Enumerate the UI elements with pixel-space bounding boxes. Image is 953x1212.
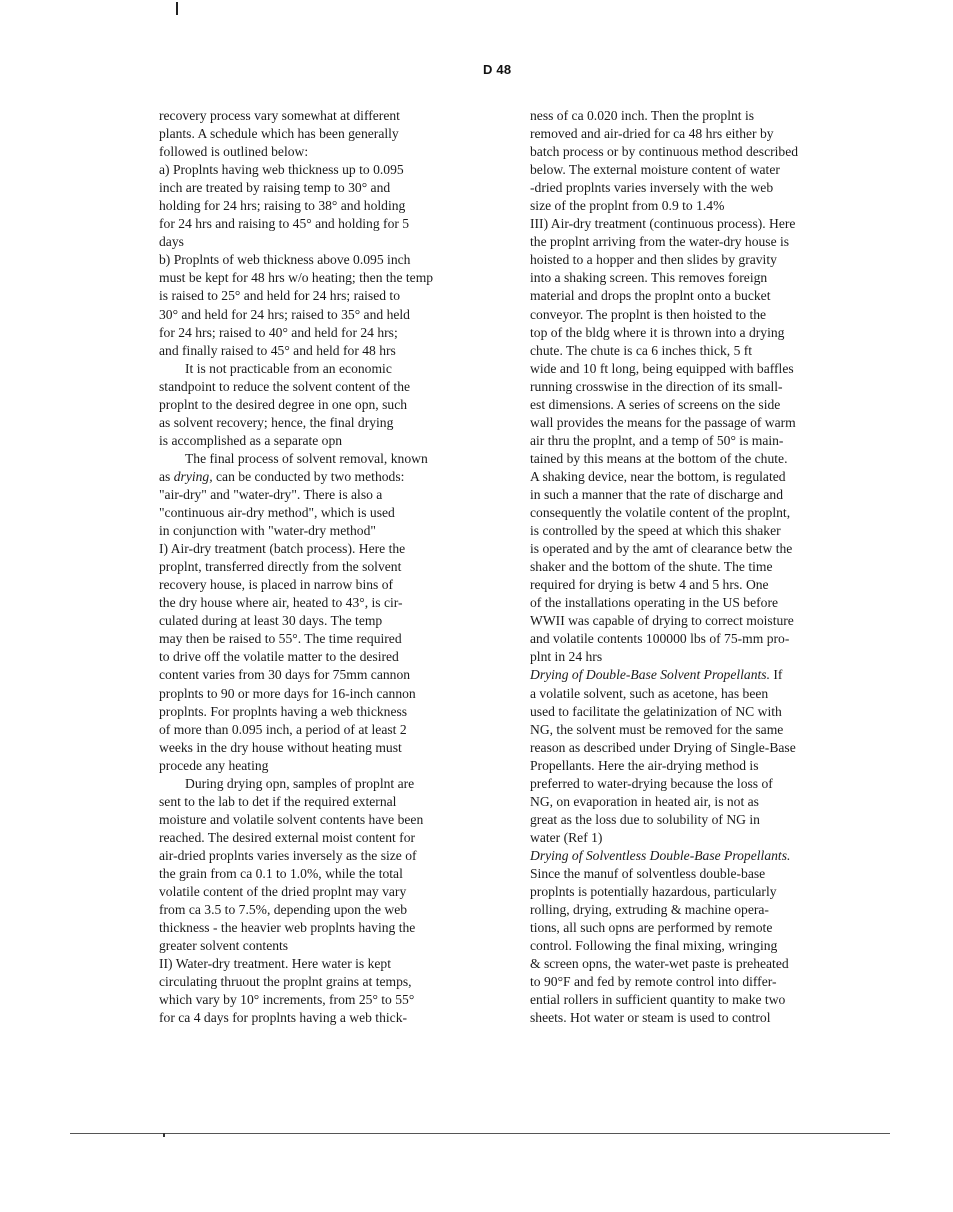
text-line: greater solvent contents <box>159 937 491 955</box>
text-line: conveyor. The proplnt is then hoisted to… <box>530 306 860 324</box>
text-line: weeks in the dry house without heating m… <box>159 739 491 757</box>
text-line: and volatile contents 100000 lbs of 75-m… <box>530 630 860 648</box>
section-heading: Drying of Solventless Double-Base Propel… <box>530 848 790 863</box>
text-line: Propellants. Here the air-drying method … <box>530 757 860 775</box>
text-line: During drying opn, samples of proplnt ar… <box>159 775 491 793</box>
line-text-tail: If <box>770 667 782 682</box>
text-line: the dry house where air, heated to 43°, … <box>159 594 491 612</box>
line-text: is accomplished as a separate opn <box>159 433 342 448</box>
text-line: A shaking device, near the bottom, is re… <box>530 468 860 486</box>
text-line: inch are treated by raising temp to 30° … <box>159 179 491 197</box>
text-line: proplnts is potentially hazardous, parti… <box>530 883 860 901</box>
text-line: as solvent recovery; hence, the final dr… <box>159 414 491 432</box>
text-line: used to facilitate the gelatinization of… <box>530 703 860 721</box>
line-text: proplnts is potentially hazardous, parti… <box>530 884 777 899</box>
line-text: inch are treated by raising temp to 30° … <box>159 180 390 195</box>
line-text: sheets. Hot water or steam is used to co… <box>530 1010 770 1025</box>
scan-corner-mark <box>176 2 178 15</box>
text-line: -dried proplnts varies inversely with th… <box>530 179 860 197</box>
line-text: to drive off the volatile matter to the … <box>159 649 399 664</box>
text-line: 30° and held for 24 hrs; raised to 35° a… <box>159 306 491 324</box>
text-line: may then be raised to 55°. The time requ… <box>159 630 491 648</box>
line-text: plnt in 24 hrs <box>530 649 602 664</box>
text-line: in such a manner that the rate of discha… <box>530 486 860 504</box>
line-text: wide and 10 ft long, being equipped with… <box>530 361 794 376</box>
line-text: II) Water-dry treatment. Here water is k… <box>159 956 391 971</box>
line-text: greater solvent contents <box>159 938 288 953</box>
line-text: of more than 0.095 inch, a period of at … <box>159 722 407 737</box>
line-text: preferred to water-drying because the lo… <box>530 776 773 791</box>
line-text: wall provides the means for the passage … <box>530 415 796 430</box>
left-text-column: recovery process vary somewhat at differ… <box>159 107 491 1027</box>
text-line: recovery house, is placed in narrow bins… <box>159 576 491 594</box>
text-line: II) Water-dry treatment. Here water is k… <box>159 955 491 973</box>
text-line: top of the bldg where it is thrown into … <box>530 324 860 342</box>
text-line: below. The external moisture content of … <box>530 161 860 179</box>
text-line: procede any heating <box>159 757 491 775</box>
line-text: content varies from 30 days for 75mm can… <box>159 667 410 682</box>
line-text: The final process of solvent removal, kn… <box>185 451 428 466</box>
line-text: water (Ref 1) <box>530 830 602 845</box>
text-line: holding for 24 hrs; raising to 38° and h… <box>159 197 491 215</box>
text-line: est dimensions. A series of screens on t… <box>530 396 860 414</box>
line-text: required for drying is betw 4 and 5 hrs.… <box>530 577 769 592</box>
section-heading: Drying of Double-Base Solvent Propellant… <box>530 667 770 682</box>
text-line: plants. A schedule which has been genera… <box>159 125 491 143</box>
text-line: to drive off the volatile matter to the … <box>159 648 491 666</box>
line-text: is controlled by the speed at which this… <box>530 523 781 538</box>
line-text: for 24 hrs and raising to 45° and holdin… <box>159 216 409 231</box>
line-text: the grain from ca 0.1 to 1.0%, while the… <box>159 866 403 881</box>
text-line: "continuous air-dry method", which is us… <box>159 504 491 522</box>
text-line: wide and 10 ft long, being equipped with… <box>530 360 860 378</box>
line-text: conveyor. The proplnt is then hoisted to… <box>530 307 766 322</box>
line-text: WWII was capable of drying to correct mo… <box>530 613 794 628</box>
line-text: reason as described under Drying of Sing… <box>530 740 796 755</box>
line-text: I) Air-dry treatment (batch process). He… <box>159 541 405 556</box>
text-line: a) Proplnts having web thickness up to 0… <box>159 161 491 179</box>
text-line: proplnts. For proplnts having a web thic… <box>159 703 491 721</box>
line-text: Propellants. Here the air-drying method … <box>530 758 759 773</box>
line-text: batch process or by continuous method de… <box>530 144 798 159</box>
text-line: & screen opns, the water-wet paste is pr… <box>530 955 860 973</box>
line-text: culated during at least 30 days. The tem… <box>159 613 382 628</box>
emphasized-term: drying, <box>174 469 213 484</box>
line-text: sent to the lab to det if the required e… <box>159 794 396 809</box>
text-line: as drying, can be conducted by two metho… <box>159 468 491 486</box>
text-line: culated during at least 30 days. The tem… <box>159 612 491 630</box>
line-text: -dried proplnts varies inversely with th… <box>530 180 773 195</box>
line-text: running crosswise in the direction of it… <box>530 379 783 394</box>
text-line: for 24 hrs; raised to 40° and held for 2… <box>159 324 491 342</box>
line-text: which vary by 10° increments, from 25° t… <box>159 992 414 1007</box>
text-line: thickness - the heavier web proplnts hav… <box>159 919 491 937</box>
right-text-column: ness of ca 0.020 inch. Then the proplnt … <box>530 107 860 1027</box>
line-text: NG, the solvent must be removed for the … <box>530 722 783 737</box>
text-line: tained by this means at the bottom of th… <box>530 450 860 468</box>
text-line: shaker and the bottom of the shute. The … <box>530 558 860 576</box>
line-text: reached. The desired external moist cont… <box>159 830 415 845</box>
line-text: volatile content of the dried proplnt ma… <box>159 884 406 899</box>
text-line: air-dried proplnts varies inversely as t… <box>159 847 491 865</box>
line-text: and finally raised to 45° and held for 4… <box>159 343 396 358</box>
text-line: air thru the proplnt, and a temp of 50° … <box>530 432 860 450</box>
text-line: sheets. Hot water or steam is used to co… <box>530 1009 860 1027</box>
text-line: ential rollers in sufficient quantity to… <box>530 991 860 1009</box>
line-text: ness of ca 0.020 inch. Then the proplnt … <box>530 108 754 123</box>
line-text: "air-dry" and "water-dry". There is also… <box>159 487 382 502</box>
line-text: air-dried proplnts varies inversely as t… <box>159 848 417 863</box>
text-line: into a shaking screen. This removes fore… <box>530 269 860 287</box>
line-text: A shaking device, near the bottom, is re… <box>530 469 786 484</box>
text-line: is accomplished as a separate opn <box>159 432 491 450</box>
text-line: volatile content of the dried proplnt ma… <box>159 883 491 901</box>
line-text: top of the bldg where it is thrown into … <box>530 325 784 340</box>
text-line: "air-dry" and "water-dry". There is also… <box>159 486 491 504</box>
line-text: recovery process vary somewhat at differ… <box>159 108 400 123</box>
line-text: circulating thruout the proplnt grains a… <box>159 974 412 989</box>
text-line: NG, on evaporation in heated air, is not… <box>530 793 860 811</box>
line-text: for ca 4 days for proplnts having a web … <box>159 1010 407 1025</box>
line-text: and volatile contents 100000 lbs of 75-m… <box>530 631 789 646</box>
text-line: in conjunction with "water-dry method" <box>159 522 491 540</box>
line-text: thickness - the heavier web proplnts hav… <box>159 920 415 935</box>
text-line: standpoint to reduce the solvent content… <box>159 378 491 396</box>
text-line: reason as described under Drying of Sing… <box>530 739 860 757</box>
text-line: It is not practicable from an economic <box>159 360 491 378</box>
text-line: The final process of solvent removal, kn… <box>159 450 491 468</box>
line-text: a) Proplnts having web thickness up to 0… <box>159 162 404 177</box>
text-line: days <box>159 233 491 251</box>
line-text: of the installations operating in the US… <box>530 595 778 610</box>
line-text: in such a manner that the rate of discha… <box>530 487 783 502</box>
line-text: rolling, drying, extruding & machine ope… <box>530 902 769 917</box>
text-line: moisture and volatile solvent contents h… <box>159 811 491 829</box>
line-text: removed and air-dried for ca 48 hrs eith… <box>530 126 774 141</box>
line-text: the dry house where air, heated to 43°, … <box>159 595 403 610</box>
line-text: proplnts to 90 or more days for 16-inch … <box>159 686 416 701</box>
text-line: is raised to 25° and held for 24 hrs; ra… <box>159 287 491 305</box>
text-line: proplnt, transferred directly from the s… <box>159 558 491 576</box>
text-line: circulating thruout the proplnt grains a… <box>159 973 491 991</box>
line-text: as drying, can be conducted by two metho… <box>159 469 404 484</box>
text-line: b) Proplnts of web thickness above 0.095… <box>159 251 491 269</box>
text-line: III) Air-dry treatment (continuous proce… <box>530 215 860 233</box>
line-text: great as the loss due to solubility of N… <box>530 812 760 827</box>
text-line: running crosswise in the direction of it… <box>530 378 860 396</box>
text-line: plnt in 24 hrs <box>530 648 860 666</box>
line-text: below. The external moisture content of … <box>530 162 780 177</box>
line-text: b) Proplnts of web thickness above 0.095… <box>159 252 410 267</box>
line-text: hoisted to a hopper and then slides by g… <box>530 252 777 267</box>
text-line: wall provides the means for the passage … <box>530 414 860 432</box>
line-text: control. Following the final mixing, wri… <box>530 938 777 953</box>
line-text: days <box>159 234 184 249</box>
text-line: from ca 3.5 to 7.5%, depending upon the … <box>159 901 491 919</box>
text-line: the proplnt arriving from the water-dry … <box>530 233 860 251</box>
text-line: great as the loss due to solubility of N… <box>530 811 860 829</box>
line-text: III) Air-dry treatment (continuous proce… <box>530 216 795 231</box>
line-text: to 90°F and fed by remote control into d… <box>530 974 777 989</box>
line-text: ential rollers in sufficient quantity to… <box>530 992 785 1007</box>
text-line: rolling, drying, extruding & machine ope… <box>530 901 860 919</box>
text-line: removed and air-dried for ca 48 hrs eith… <box>530 125 860 143</box>
text-line: water (Ref 1) <box>530 829 860 847</box>
line-text: tions, all such opns are performed by re… <box>530 920 772 935</box>
page-bottom-rule <box>70 1133 890 1134</box>
text-line: and finally raised to 45° and held for 4… <box>159 342 491 360</box>
text-line: must be kept for 48 hrs w/o heating; the… <box>159 269 491 287</box>
line-text: procede any heating <box>159 758 268 773</box>
text-line: of the installations operating in the US… <box>530 594 860 612</box>
line-text: proplnts. For proplnts having a web thic… <box>159 704 407 719</box>
text-line: reached. The desired external moist cont… <box>159 829 491 847</box>
text-line: the grain from ca 0.1 to 1.0%, while the… <box>159 865 491 883</box>
page-number-header: D 48 <box>483 62 511 77</box>
line-text: is raised to 25° and held for 24 hrs; ra… <box>159 288 400 303</box>
line-text: air thru the proplnt, and a temp of 50° … <box>530 433 783 448</box>
text-line: proplnts to 90 or more days for 16-inch … <box>159 685 491 703</box>
text-line: ness of ca 0.020 inch. Then the proplnt … <box>530 107 860 125</box>
line-text: It is not practicable from an economic <box>185 361 392 376</box>
line-text: est dimensions. A series of screens on t… <box>530 397 780 412</box>
text-line: size of the proplnt from 0.9 to 1.4% <box>530 197 860 215</box>
line-text: shaker and the bottom of the shute. The … <box>530 559 773 574</box>
text-line: material and drops the proplnt onto a bu… <box>530 287 860 305</box>
line-text: During drying opn, samples of proplnt ar… <box>185 776 414 791</box>
text-line: for 24 hrs and raising to 45° and holdin… <box>159 215 491 233</box>
line-text: followed is outlined below: <box>159 144 308 159</box>
text-line: a volatile solvent, such as acetone, has… <box>530 685 860 703</box>
text-line: proplnt to the desired degree in one opn… <box>159 396 491 414</box>
line-text: & screen opns, the water-wet paste is pr… <box>530 956 789 971</box>
line-text: Since the manuf of solventless double-ba… <box>530 866 765 881</box>
line-text: as solvent recovery; hence, the final dr… <box>159 415 393 430</box>
text-line: for ca 4 days for proplnts having a web … <box>159 1009 491 1027</box>
line-text: size of the proplnt from 0.9 to 1.4% <box>530 198 724 213</box>
line-text: the proplnt arriving from the water-dry … <box>530 234 789 249</box>
line-text: chute. The chute is ca 6 inches thick, 5… <box>530 343 752 358</box>
line-text: in conjunction with "water-dry method" <box>159 523 376 538</box>
line-text: "continuous air-dry method", which is us… <box>159 505 395 520</box>
line-text: must be kept for 48 hrs w/o heating; the… <box>159 270 433 285</box>
text-line: is controlled by the speed at which this… <box>530 522 860 540</box>
text-line: chute. The chute is ca 6 inches thick, 5… <box>530 342 860 360</box>
text-line: content varies from 30 days for 75mm can… <box>159 666 491 684</box>
line-text: is operated and by the amt of clearance … <box>530 541 792 556</box>
text-line: Since the manuf of solventless double-ba… <box>530 865 860 883</box>
line-text: tained by this means at the bottom of th… <box>530 451 787 466</box>
text-line: of more than 0.095 inch, a period of at … <box>159 721 491 739</box>
line-text: standpoint to reduce the solvent content… <box>159 379 410 394</box>
text-line: hoisted to a hopper and then slides by g… <box>530 251 860 269</box>
text-line: control. Following the final mixing, wri… <box>530 937 860 955</box>
line-text: material and drops the proplnt onto a bu… <box>530 288 770 303</box>
text-line: sent to the lab to det if the required e… <box>159 793 491 811</box>
line-text: proplnt, transferred directly from the s… <box>159 559 401 574</box>
text-line: WWII was capable of drying to correct mo… <box>530 612 860 630</box>
text-line: followed is outlined below: <box>159 143 491 161</box>
line-text: recovery house, is placed in narrow bins… <box>159 577 393 592</box>
line-text: for 24 hrs; raised to 40° and held for 2… <box>159 325 398 340</box>
line-text: may then be raised to 55°. The time requ… <box>159 631 402 646</box>
line-text: NG, on evaporation in heated air, is not… <box>530 794 759 809</box>
text-line: tions, all such opns are performed by re… <box>530 919 860 937</box>
text-line: Drying of Double-Base Solvent Propellant… <box>530 666 860 684</box>
text-line: which vary by 10° increments, from 25° t… <box>159 991 491 1009</box>
line-text: weeks in the dry house without heating m… <box>159 740 402 755</box>
text-line: required for drying is betw 4 and 5 hrs.… <box>530 576 860 594</box>
line-text: consequently the volatile content of the… <box>530 505 790 520</box>
text-line: batch process or by continuous method de… <box>530 143 860 161</box>
text-line: to 90°F and fed by remote control into d… <box>530 973 860 991</box>
line-text: from ca 3.5 to 7.5%, depending upon the … <box>159 902 407 917</box>
line-text: proplnt to the desired degree in one opn… <box>159 397 407 412</box>
line-text: moisture and volatile solvent contents h… <box>159 812 423 827</box>
text-line: consequently the volatile content of the… <box>530 504 860 522</box>
line-text: 30° and held for 24 hrs; raised to 35° a… <box>159 307 410 322</box>
line-text: plants. A schedule which has been genera… <box>159 126 399 141</box>
line-text: used to facilitate the gelatinization of… <box>530 704 782 719</box>
line-text: holding for 24 hrs; raising to 38° and h… <box>159 198 405 213</box>
text-line: Drying of Solventless Double-Base Propel… <box>530 847 860 865</box>
line-text: a volatile solvent, such as acetone, has… <box>530 686 768 701</box>
text-line: NG, the solvent must be removed for the … <box>530 721 860 739</box>
page-bottom-rule-tick <box>163 1133 165 1137</box>
text-line: I) Air-dry treatment (batch process). He… <box>159 540 491 558</box>
line-text: into a shaking screen. This removes fore… <box>530 270 767 285</box>
text-line: preferred to water-drying because the lo… <box>530 775 860 793</box>
text-line: is operated and by the amt of clearance … <box>530 540 860 558</box>
text-line: recovery process vary somewhat at differ… <box>159 107 491 125</box>
